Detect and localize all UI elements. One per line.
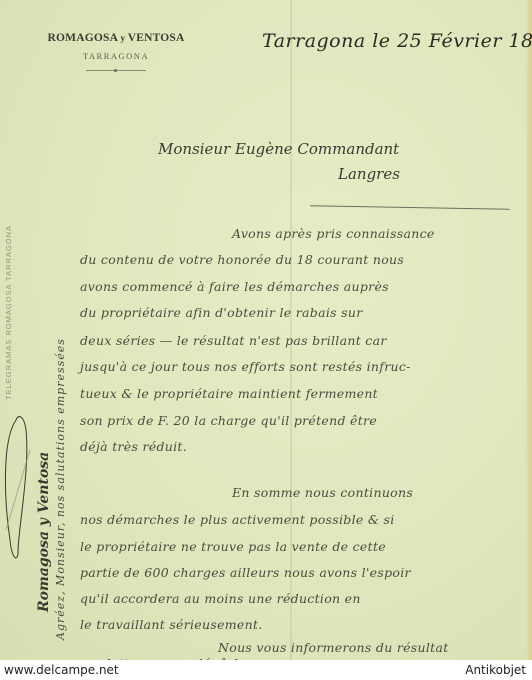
- letterhead-rule: [86, 70, 146, 71]
- body-line: avons commencé à faire les démarches aup…: [80, 279, 389, 294]
- watermark-bar: www.delcampe.net Antikobjet: [0, 660, 532, 680]
- company-city: TARRAGONA: [36, 51, 196, 61]
- body-line: son prix de F. 20 la charge qu'il préten…: [80, 413, 377, 428]
- body-line: tueux & le propriétaire maintient fermem…: [80, 386, 378, 401]
- body-line: qu'il accordera au moins une réduction e…: [80, 591, 361, 606]
- company-name-connector: y: [118, 33, 128, 43]
- dateline: Tarragona le 25 Février 1891: [262, 30, 532, 52]
- seller-watermark: Antikobjet: [465, 663, 526, 677]
- salutation-city: Langres: [338, 165, 400, 183]
- signature: Romagosa y Ventosa: [36, 452, 52, 612]
- body-line: Nous vous informerons du résultat: [218, 640, 449, 655]
- salutation: Monsieur Eugène Commandant: [158, 140, 399, 158]
- body-line: deux séries — le résultat n'est pas bril…: [80, 333, 387, 348]
- side-closing-note: Agréez, Monsieur, nos salutations empres…: [54, 338, 67, 640]
- source-watermark: www.delcampe.net: [4, 663, 119, 677]
- body-line: déjà très réduit.: [80, 439, 187, 454]
- company-name-part2: VENTOSA: [128, 32, 185, 44]
- body-line: le propriétaire ne trouve pas la vente d…: [80, 539, 386, 554]
- body-line: le travaillant sérieusement.: [80, 617, 263, 632]
- body-line: En somme nous continuons: [232, 485, 413, 500]
- body-line: jusqu'à ce jour tous nos efforts sont re…: [80, 359, 411, 374]
- paper-edge: [526, 0, 532, 660]
- body-line: du propriétaire afin d'obtenir le rabais…: [80, 305, 362, 320]
- telegram-address: TELEGRAMAS ROMAGOSA TARRAGONA: [4, 225, 13, 400]
- salutation-rule: [310, 205, 510, 209]
- company-name-part1: ROMAGOSA: [47, 32, 118, 44]
- company-name: ROMAGOSA y VENTOSA: [36, 32, 196, 44]
- letter-page: ROMAGOSA y VENTOSA TARRAGONA TELEGRAMAS …: [0, 0, 532, 660]
- body-line: partie de 600 charges ailleurs nous avon…: [80, 565, 411, 580]
- body-line: du contenu de votre honorée du 18 couran…: [80, 252, 404, 267]
- paper-fold: [290, 0, 292, 660]
- body-line: nos démarches le plus activement possibl…: [80, 512, 395, 527]
- signature-flourish-icon: [2, 410, 32, 570]
- letterhead: ROMAGOSA y VENTOSA TARRAGONA: [36, 32, 196, 71]
- body-line: Avons après pris connaissance: [232, 226, 435, 241]
